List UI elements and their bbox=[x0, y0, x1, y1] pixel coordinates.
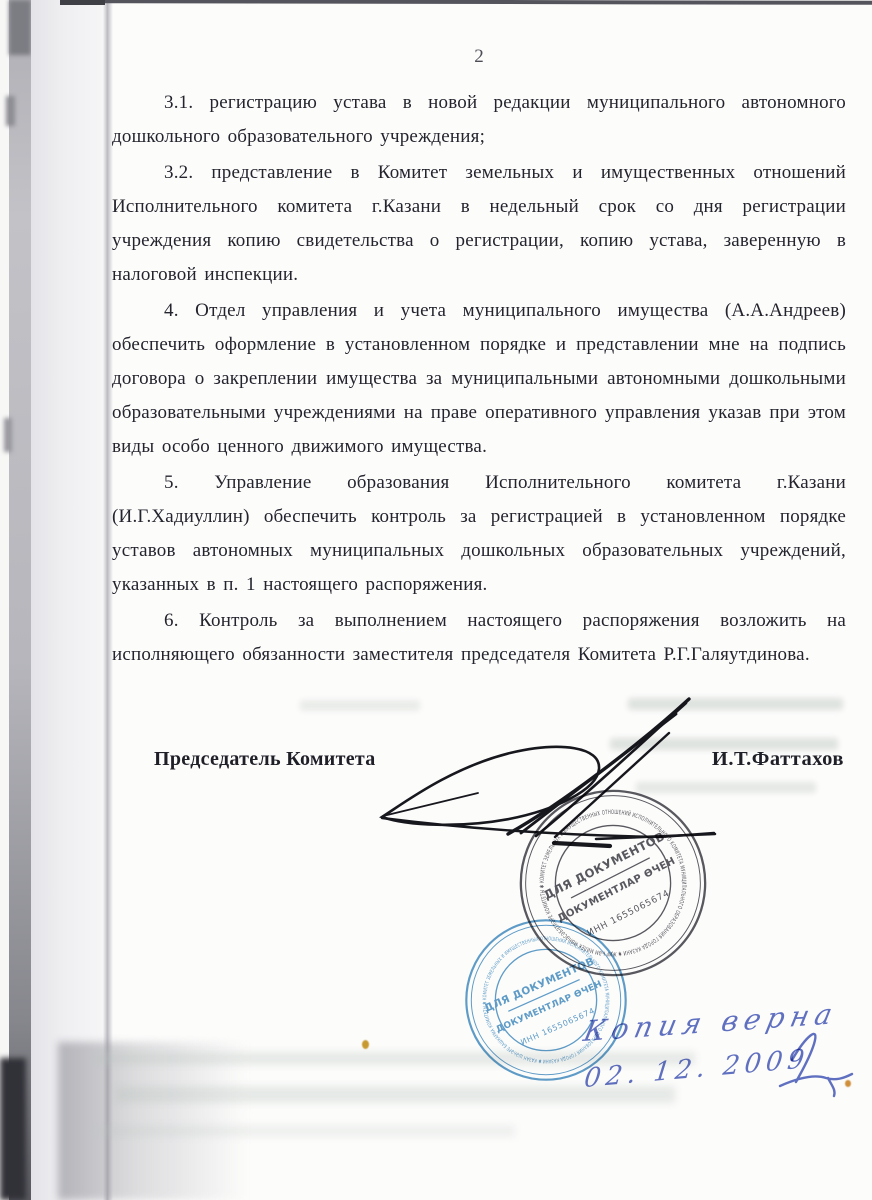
round-stamp-blue: КОМИТЕТ ЗЕМЕЛЬНЫХ И ИМУЩЕСТВЕННЫХ ОТНОШЕ… bbox=[463, 917, 629, 1083]
scan-edge-white bbox=[0, 0, 9, 1200]
scan-edge-dark-corner bbox=[0, 1058, 26, 1200]
page-top-edge-corner bbox=[60, 0, 105, 5]
paragraph-5: 5. Управление образования Исполнительног… bbox=[112, 466, 846, 602]
document-body: 2 3.1. регистрацию устава в новой редакц… bbox=[112, 40, 846, 674]
ghost-band bbox=[95, 1125, 515, 1137]
handwritten-initials bbox=[762, 1008, 862, 1108]
scan-speck bbox=[4, 418, 12, 452]
scanned-document-page: 2 3.1. регистрацию устава в новой редакц… bbox=[0, 0, 872, 1200]
paragraph-3-2: 3.2. представление в Комитет земельных и… bbox=[112, 156, 846, 292]
signer-title: Председатель Комитета bbox=[112, 748, 376, 771]
page-fold-margin bbox=[31, 0, 105, 1200]
page-number: 2 bbox=[112, 40, 846, 74]
paragraph-4: 4. Отдел управления и учета муниципально… bbox=[112, 294, 846, 464]
bottom-left-smudge bbox=[58, 1042, 248, 1200]
scan-edge-top-shadow bbox=[9, 0, 31, 55]
paragraph-6: 6. Контроль за выполнением настоящего ра… bbox=[112, 604, 846, 672]
scan-speck bbox=[6, 96, 15, 126]
signer-name: И.Т.Фаттахов bbox=[712, 748, 846, 771]
page-top-edge bbox=[98, 0, 872, 5]
handwritten-signature bbox=[358, 686, 730, 864]
scan-edge-gray-band bbox=[9, 0, 31, 1200]
paragraph-3-1: 3.1. регистрацию устава в новой редакции… bbox=[112, 86, 846, 154]
paper-speck bbox=[362, 1040, 369, 1049]
